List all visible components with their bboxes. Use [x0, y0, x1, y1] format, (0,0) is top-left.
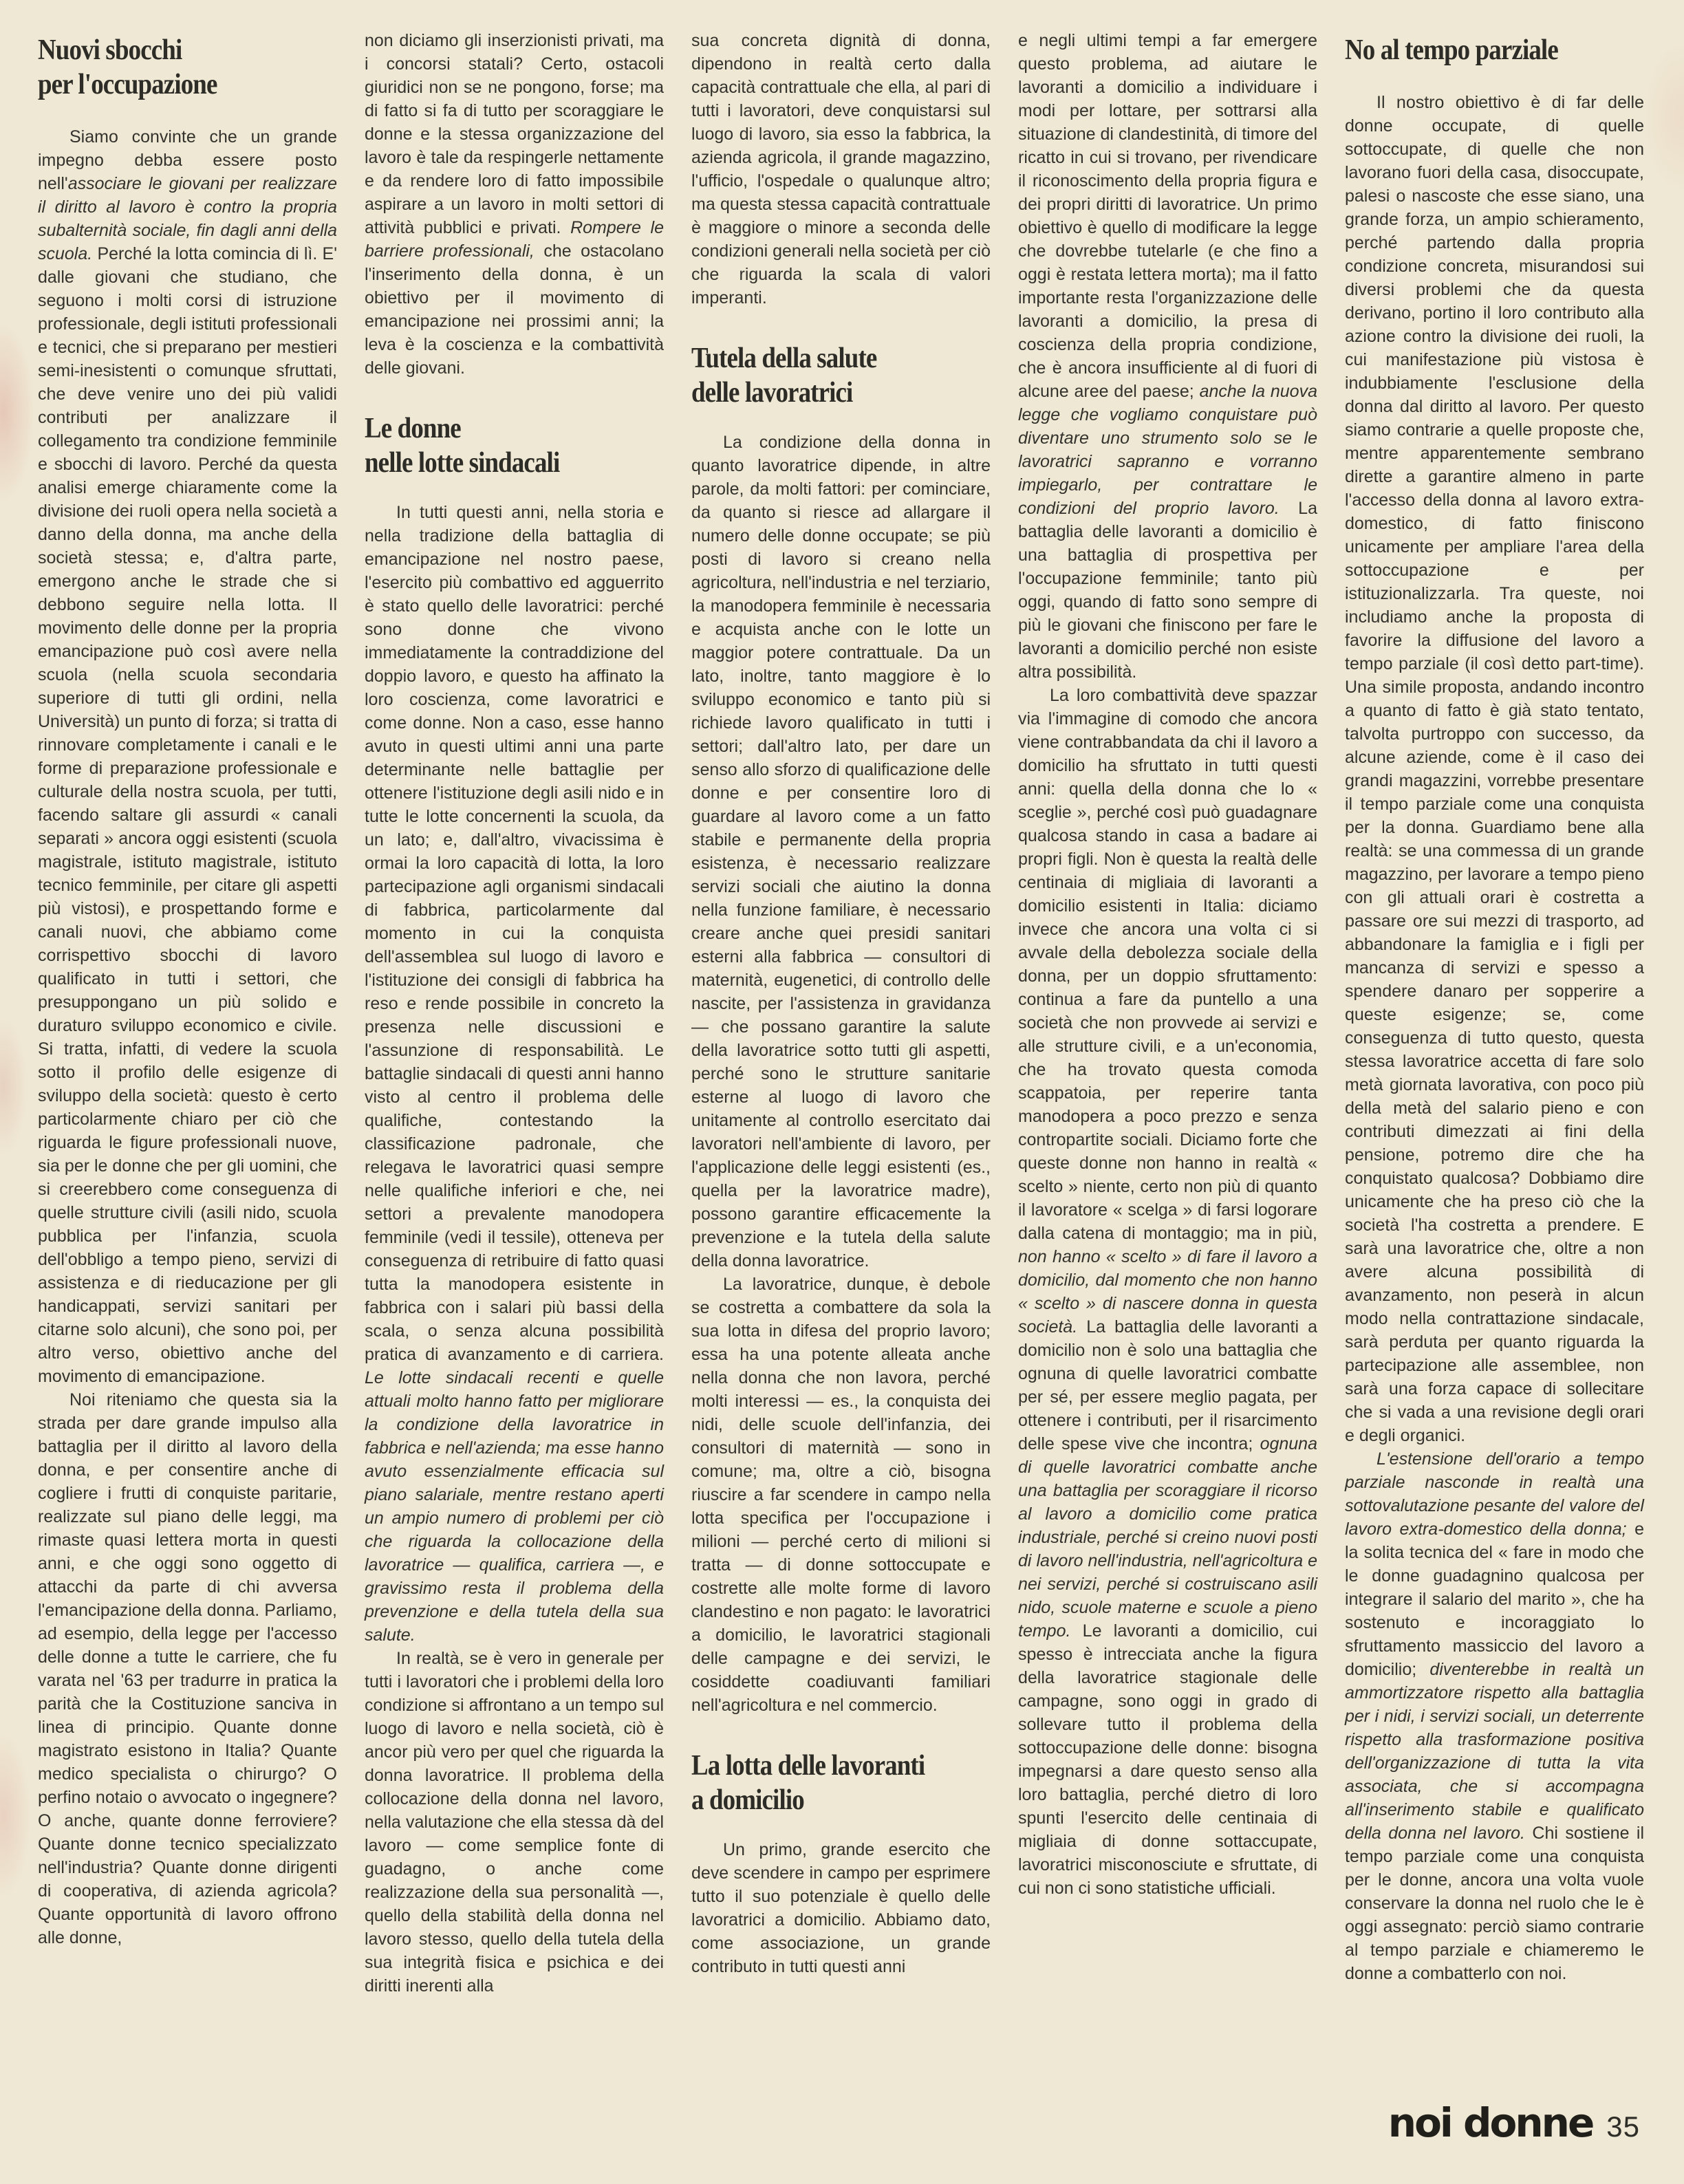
page-footer: noi donne 35 — [1388, 2099, 1640, 2146]
paragraph: Il nostro obiettivo è di far delle donne… — [1345, 91, 1644, 1447]
text-segment: non diciamo gli inserzionisti privati, m… — [365, 31, 664, 237]
text-segment: La condizione della donna in quanto lavo… — [691, 433, 991, 1271]
section-heading: La lotta delle lavoranti a domicilio — [691, 1749, 955, 1817]
paragraph: La loro combattività deve spazzar via l'… — [1018, 684, 1317, 1900]
text-segment: La loro combattività deve spazzar via l'… — [1018, 686, 1317, 1243]
paragraph: Un primo, grande esercito che deve scend… — [691, 1838, 991, 1978]
text-column-2: non diciamo gli inserzionisti privati, m… — [365, 29, 664, 1998]
section-heading: Nuovi sbocchi per l'occupazione — [38, 33, 301, 102]
paragraph: In realtà, se è vero in generale per tut… — [365, 1647, 664, 1998]
text-segment: sua concreta dignità di donna, dipendono… — [691, 31, 991, 307]
italic-text-segment: anche la nuova legge che vogliamo conqui… — [1018, 382, 1317, 518]
section-heading: No al tempo parziale — [1345, 33, 1608, 67]
text-segment: Perché la lotta comincia di lì. E' dalle… — [38, 244, 337, 1386]
paragraph: non diciamo gli inserzionisti privati, m… — [365, 29, 664, 380]
italic-text-segment: diventerebbe in realtà un ammortizzatore… — [1345, 1660, 1644, 1843]
scan-stain — [0, 1018, 28, 1156]
text-column-3: sua concreta dignità di donna, dipendono… — [691, 29, 991, 1978]
text-column-1: Nuovi sbocchi per l'occupazioneSiamo con… — [38, 29, 337, 1949]
italic-text-segment: L'estensione dell'orario a tempo parzial… — [1345, 1449, 1644, 1539]
text-segment: che ostacolano l'inserimento della donna… — [365, 241, 664, 378]
text-segment: e negli ultimi tempi a far emergere ques… — [1018, 31, 1317, 401]
text-segment: La battaglia delle lavoranti a domicilio… — [1018, 499, 1317, 682]
italic-text-segment: ognuna di quelle lavoratrici combatte an… — [1018, 1434, 1317, 1641]
text-segment: In tutti questi anni, nella storia e nel… — [365, 503, 664, 1364]
text-column-5: No al tempo parzialeIl nostro obiettivo … — [1345, 29, 1644, 1985]
paragraph: L'estensione dell'orario a tempo parzial… — [1345, 1447, 1644, 1985]
text-segment: Le lavoranti a domicilio, cui spesso è i… — [1018, 1621, 1317, 1898]
text-segment: Chi sostiene il tempo parziale come una … — [1345, 1824, 1644, 1983]
text-segment: La lavoratrice, dunque, è debole se cost… — [691, 1275, 991, 1715]
italic-text-segment: Le lotte sindacali recenti e quelle attu… — [365, 1368, 664, 1645]
text-segment: In realtà, se è vero in generale per tut… — [365, 1649, 664, 1996]
article-columns: Nuovi sbocchi per l'occupazioneSiamo con… — [38, 29, 1646, 1998]
text-column-4: e negli ultimi tempi a far emergere ques… — [1018, 29, 1317, 1900]
paragraph: In tutti questi anni, nella storia e nel… — [365, 501, 664, 1647]
scan-stain — [1643, 41, 1684, 193]
magazine-page: Nuovi sbocchi per l'occupazioneSiamo con… — [0, 0, 1684, 2184]
text-segment: Un primo, grande esercito che deve scend… — [691, 1840, 991, 1976]
paragraph: Noi riteniamo che questa sia la strada p… — [38, 1388, 337, 1949]
paragraph: La condizione della donna in quanto lavo… — [691, 431, 991, 1273]
text-segment: La battaglia delle lavoranti a domicilio… — [1018, 1317, 1317, 1453]
paragraph: sua concreta dignità di donna, dipendono… — [691, 29, 991, 310]
scan-stain — [0, 323, 34, 502]
noi-donne-logo: noi donne — [1388, 2099, 1593, 2146]
section-heading: Tutela della salute delle lavoratrici — [691, 341, 955, 410]
paragraph: La lavoratrice, dunque, è debole se cost… — [691, 1273, 991, 1717]
text-segment: Noi riteniamo che questa sia la strada p… — [38, 1390, 337, 1947]
section-heading: Le donne nelle lotte sindacali — [365, 411, 628, 480]
page-number: 35 — [1606, 2110, 1640, 2143]
paragraph: Siamo convinte che un grande impegno deb… — [38, 125, 337, 1388]
paragraph: e negli ultimi tempi a far emergere ques… — [1018, 29, 1317, 684]
text-segment: Il nostro obiettivo è di far delle donne… — [1345, 93, 1644, 1445]
scan-stain — [0, 1733, 31, 1899]
text-segment: e la solita tecnica del « fare in modo c… — [1345, 1520, 1644, 1679]
